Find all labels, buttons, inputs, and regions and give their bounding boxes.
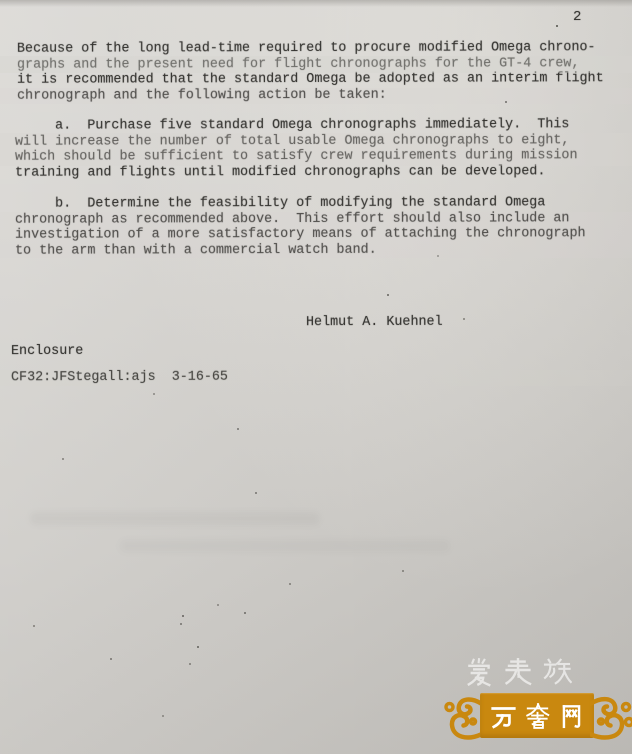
paragraph-item-b: b. Determine the feasibility of modifyin… [15, 195, 586, 259]
bleed-through-ghost [120, 540, 450, 552]
paragraph-intro: Because of the long lead-time required t… [17, 40, 604, 104]
enclosure-note: Enclosure [11, 344, 83, 360]
scroll-ornament-left-icon [444, 694, 482, 742]
scanned-memo-page: 2 Because of the long lead-time required… [0, 0, 632, 754]
hanzi-wan-glyph [490, 702, 517, 729]
dust-specks [0, 0, 2, 2]
hanzi-wang-glyph [558, 702, 585, 729]
scroll-ornament-right-icon [590, 693, 632, 743]
hanzi-ai-glyph [464, 658, 494, 688]
hanzi-she-glyph [524, 702, 551, 729]
signatory-name: Helmut A. Kuehnel [306, 315, 443, 331]
hanzi-zu-glyph [542, 658, 572, 688]
watermark-site-name [464, 658, 572, 688]
reference-line: CF32:JFStegall:ajs 3-16-65 [11, 370, 228, 386]
bleed-through-ghost [30, 512, 320, 525]
page-number: 2 [573, 10, 581, 26]
watermark-banner [480, 693, 594, 738]
hanzi-biao-glyph [503, 658, 533, 688]
paragraph-item-a: a. Purchase five standard Omega chronogr… [15, 117, 578, 181]
